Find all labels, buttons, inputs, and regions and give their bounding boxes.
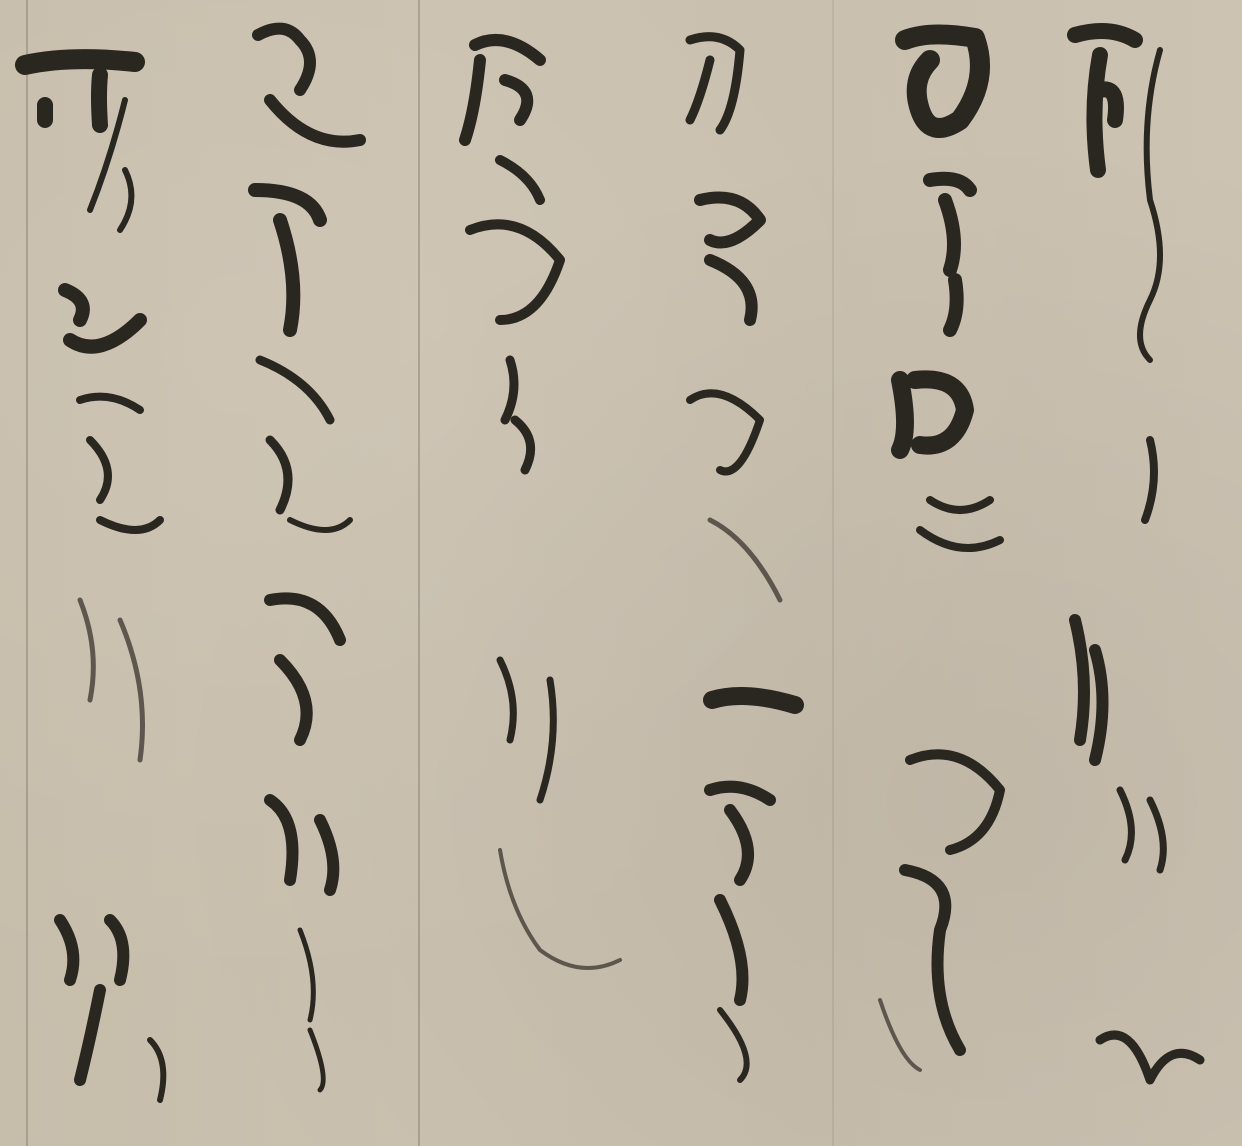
calligraphy-column-3 <box>690 37 795 1080</box>
calligraphy-column-5 <box>255 29 360 1090</box>
calligraphy-column-1 <box>1075 31 1200 1080</box>
calligraphy-scroll <box>0 0 1242 1146</box>
calligraphy-column-2 <box>880 34 1000 1070</box>
calligraphy-column-4 <box>465 40 620 968</box>
calligraphy-column-6 <box>25 59 163 1100</box>
ink-strokes <box>0 0 1242 1146</box>
